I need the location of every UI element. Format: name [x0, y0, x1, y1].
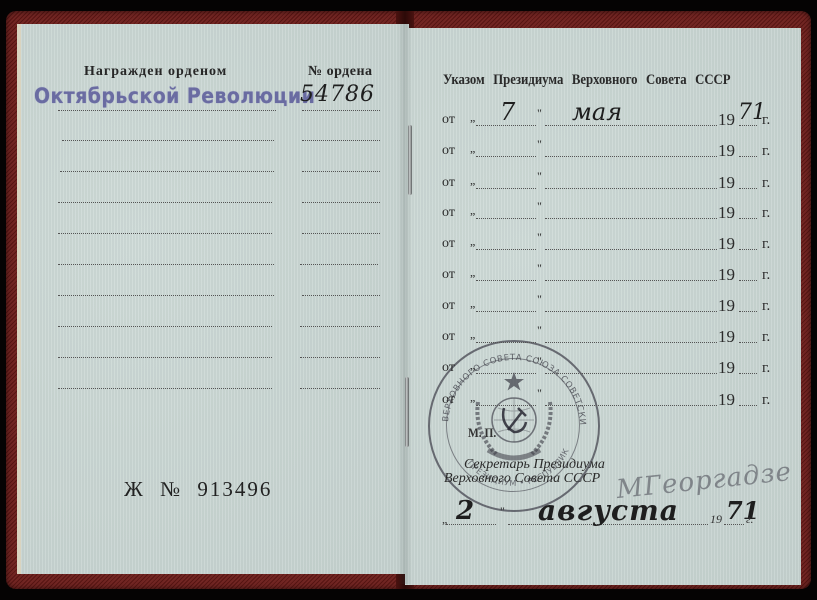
year-suffix: г. — [762, 205, 770, 222]
entry-line — [60, 171, 274, 172]
month-line — [545, 125, 717, 126]
entry-line — [58, 357, 272, 358]
month-line — [545, 280, 717, 281]
entry-line — [58, 202, 272, 203]
decree-row: от „ 7 " мая 19 71 г. — [442, 112, 772, 130]
month-line — [545, 311, 717, 312]
issue-year: 71 — [726, 496, 759, 525]
row-prefix: от — [442, 112, 455, 128]
open-quote: „ — [470, 110, 475, 125]
century: 19 — [718, 110, 735, 130]
row-prefix: от — [442, 236, 455, 252]
entry-line — [58, 295, 274, 296]
close-quote: " — [537, 323, 542, 338]
day-line — [476, 342, 536, 343]
decree-row: от „ " 19 г. — [442, 298, 772, 316]
day-line — [476, 188, 536, 189]
month-line — [545, 156, 717, 157]
year-suffix: г. — [762, 112, 770, 129]
issue-year-suffix: г. — [746, 512, 754, 527]
year-line — [739, 218, 757, 219]
entry-number-line — [300, 388, 380, 389]
year-suffix: г. — [762, 236, 770, 253]
year-line — [739, 342, 757, 343]
open-quote: „ — [470, 358, 475, 373]
entry-number-line — [302, 171, 380, 172]
year-line — [739, 249, 757, 250]
decree-row: от „ " 19 г. — [442, 175, 772, 193]
entry-number-line — [302, 140, 380, 141]
open-quote: „ — [470, 265, 475, 280]
open-quote: „ — [470, 296, 475, 311]
day-line — [476, 311, 536, 312]
decree-heading: Указом Президиума Верховного Совета СССР — [443, 72, 731, 89]
day-line — [476, 218, 536, 219]
decree-row: от „ " 19 г. — [442, 143, 772, 161]
century: 19 — [718, 173, 735, 193]
day-line — [476, 405, 536, 406]
awarded-heading: Награжден орденом — [84, 64, 227, 80]
decree-row: от „ " 19 г. — [442, 360, 772, 378]
entry-line — [62, 140, 274, 141]
close-quote: " — [537, 106, 542, 121]
issue-day: 2 — [456, 496, 474, 526]
decree-row: от „ " 19 г. — [442, 205, 772, 223]
open-quote: „ — [470, 234, 475, 249]
year-line — [739, 156, 757, 157]
row-prefix: от — [442, 267, 455, 283]
staple-icon — [405, 377, 409, 447]
year-suffix: г. — [762, 175, 770, 192]
serial-number: Ж № 913496 — [124, 477, 272, 502]
open-quote: „ — [470, 141, 475, 156]
day-line — [476, 249, 536, 250]
month-line — [545, 249, 717, 250]
entry-number-line — [302, 233, 380, 234]
row-prefix: от — [442, 360, 455, 376]
row-prefix: от — [442, 298, 455, 314]
year-line — [739, 311, 757, 312]
month-value: мая — [572, 98, 622, 126]
month-line — [545, 342, 717, 343]
row-prefix: от — [442, 175, 455, 191]
close-quote: " — [537, 199, 542, 214]
close-quote: " — [537, 261, 542, 276]
month-line — [545, 405, 717, 406]
row-prefix: от — [442, 329, 455, 345]
year-line — [739, 405, 757, 406]
year-suffix: г. — [762, 392, 770, 409]
entry-line — [58, 233, 272, 234]
entry-number-line — [300, 357, 380, 358]
century: 19 — [718, 358, 735, 378]
year-line — [739, 280, 757, 281]
serial-prefix: Ж — [124, 477, 145, 501]
century: 19 — [718, 390, 735, 410]
year-suffix: г. — [762, 143, 770, 160]
decree-row: от „ " 19 г. — [442, 392, 772, 410]
year-suffix: г. — [762, 298, 770, 315]
close-quote: " — [537, 169, 542, 184]
open-quote: „ — [470, 173, 475, 188]
decree-row: от „ " 19 г. — [442, 236, 772, 254]
decree-row: от „ " 19 г. — [442, 267, 772, 285]
issue-century: 19 — [710, 512, 722, 527]
entry-number-line — [300, 326, 380, 327]
row-prefix: от — [442, 143, 455, 159]
entry-line — [58, 388, 272, 389]
day-line — [476, 280, 536, 281]
century: 19 — [718, 265, 735, 285]
secretary-title-line2: Верховного Совета СССР — [444, 471, 600, 487]
century: 19 — [718, 327, 735, 347]
century: 19 — [718, 141, 735, 161]
month-line — [545, 373, 717, 374]
svg-text:ВЕРХОВНОГО СОВЕТА СОЮЗА СОВЕТС: ВЕРХОВНОГО СОВЕТА СОЮЗА СОВЕТСКИХ СОЦИАЛ… — [430, 342, 587, 426]
year-suffix: г. — [762, 267, 770, 284]
row-prefix: от — [442, 205, 455, 221]
month-line — [545, 188, 717, 189]
day-line — [476, 373, 536, 374]
entry-line — [58, 326, 272, 327]
year-line — [739, 188, 757, 189]
year-line — [739, 125, 757, 126]
open-quote: „ — [470, 203, 475, 218]
close-quote: " — [537, 354, 542, 369]
open-quote: „ — [470, 327, 475, 342]
entry-number-line — [302, 110, 380, 111]
close-quote: " — [537, 230, 542, 245]
order-number-value: 54786 — [300, 82, 375, 107]
entry-number-line — [300, 264, 378, 265]
day-line — [476, 156, 536, 157]
seal-place-label: М. П. — [468, 425, 496, 441]
entry-line — [58, 264, 274, 265]
awarded-order-stamp: Октябрьской Революции — [34, 84, 315, 108]
close-quote: " — [537, 137, 542, 152]
century: 19 — [718, 234, 735, 254]
close-quote: " — [537, 386, 542, 401]
open-quote: „ — [470, 390, 475, 405]
issue-month: августа — [538, 494, 679, 527]
staple-icon — [408, 125, 412, 195]
year-line — [739, 373, 757, 374]
gutter-shadow — [398, 24, 412, 584]
issue-date-row: „ 2 " августа 19 71 г. — [442, 500, 772, 524]
entry-number-line — [302, 295, 380, 296]
month-line — [545, 218, 717, 219]
serial-number-value: 913496 — [197, 477, 272, 501]
order-number-heading: № ордена — [308, 64, 373, 80]
day-value: 7 — [500, 98, 515, 126]
close-quote: " — [500, 504, 505, 519]
serial-number-sign: № — [160, 477, 182, 501]
decree-row: от „ " 19 г. — [442, 329, 772, 347]
year-suffix: г. — [762, 360, 770, 377]
year-suffix: г. — [762, 329, 770, 346]
close-quote: " — [537, 292, 542, 307]
century: 19 — [718, 203, 735, 223]
row-prefix: от — [442, 392, 455, 408]
entry-number-line — [302, 202, 380, 203]
entry-line — [58, 110, 276, 111]
century: 19 — [718, 296, 735, 316]
